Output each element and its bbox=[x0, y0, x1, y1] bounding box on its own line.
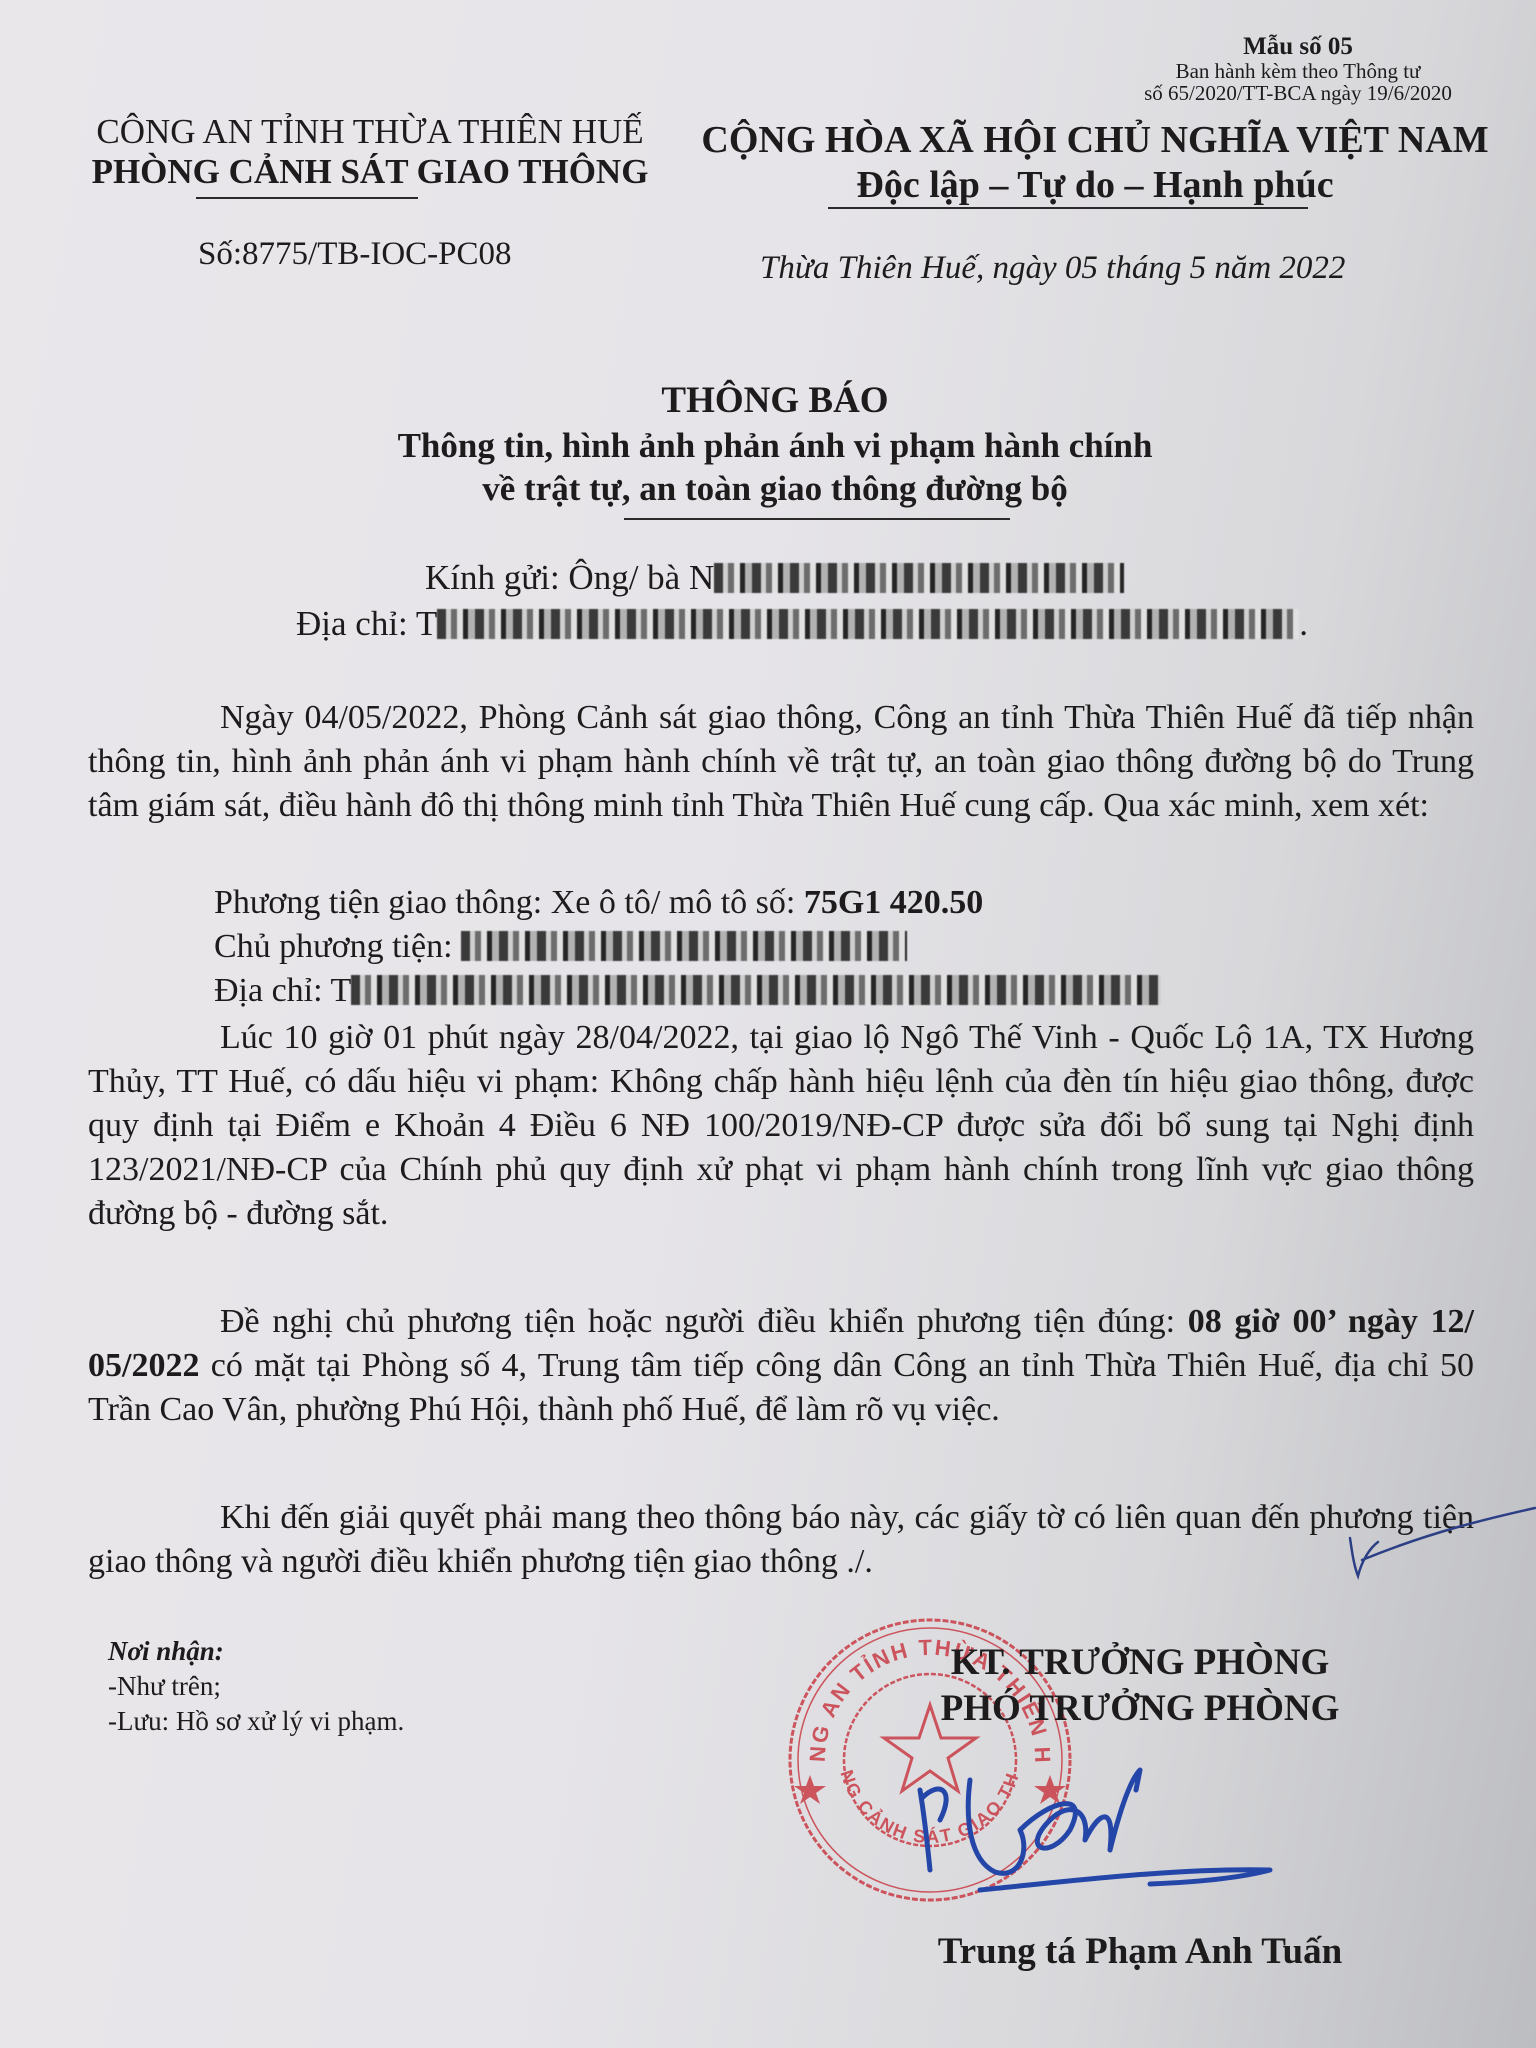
redacted-address bbox=[437, 609, 1299, 639]
document-number: Số:8775/TB-IOC-PC08 bbox=[198, 236, 512, 273]
redacted-owner-address bbox=[351, 975, 1161, 1005]
intro-paragraph: Ngày 04/05/2022, Phòng Cảnh sát giao thô… bbox=[88, 696, 1474, 828]
distribution-list: Nơi nhận: -Như trên; -Lưu: Hồ sơ xử lý v… bbox=[108, 1634, 404, 1739]
agency-header: CÔNG AN TỈNH THỪA THIÊN HUẾ PHÒNG CẢNH S… bbox=[60, 112, 680, 193]
country-name: CỘNG HÒA XÃ HỘI CHỦ NGHĨA VIỆT NAM bbox=[700, 118, 1490, 163]
document-title: THÔNG BÁO Thông tin, hình ảnh phản ánh v… bbox=[300, 378, 1250, 511]
vehicle-label: Phương tiện giao thông: Xe ô tô/ mô tô s… bbox=[214, 884, 804, 921]
dateline: Thừa Thiên Huế, ngày 05 tháng 5 năm 2022 bbox=[760, 250, 1345, 287]
redacted-owner bbox=[461, 931, 907, 961]
handwritten-signature-icon bbox=[900, 1760, 1280, 1900]
license-plate: 75G1 420.50 bbox=[804, 884, 983, 921]
closing-paragraph: Khi đến giải quyết phải mang theo thông … bbox=[88, 1496, 1474, 1584]
recipient-salutation: Kính gửi: Ông/ bà N bbox=[425, 558, 1124, 598]
issuing-unit: PHÒNG CẢNH SÁT GIAO THÔNG bbox=[60, 152, 680, 192]
owner-address-line: Địa chỉ: T bbox=[214, 972, 1161, 1010]
parent-agency: CÔNG AN TỈNH THỪA THIÊN HUẾ bbox=[60, 112, 680, 152]
national-motto: Độc lập – Tự do – Hạnh phúc bbox=[700, 163, 1490, 208]
vehicle-line: Phương tiện giao thông: Xe ô tô/ mô tô s… bbox=[214, 884, 983, 922]
form-issued-line-1: Ban hành kèm theo Thông tư bbox=[1118, 60, 1478, 82]
owner-address-label: Địa chỉ: T bbox=[214, 972, 351, 1009]
address-label: Địa chỉ: T bbox=[296, 604, 437, 643]
title-subtitle-1: Thông tin, hình ảnh phản ánh vi phạm hàn… bbox=[300, 424, 1250, 467]
redacted-name bbox=[714, 563, 1124, 593]
form-number: Mẫu số 05 bbox=[1118, 34, 1478, 60]
title-heading: THÔNG BÁO bbox=[300, 378, 1250, 424]
title-underline bbox=[624, 518, 1010, 520]
owner-line: Chủ phương tiện: bbox=[214, 928, 907, 966]
salutation-label: Kính gửi: Ông/ bà N bbox=[425, 558, 714, 597]
violation-paragraph: Lúc 10 giờ 01 phút ngày 28/04/2022, tại … bbox=[88, 1016, 1474, 1236]
distribution-item: -Như trên; bbox=[108, 1669, 404, 1704]
form-reference: Mẫu số 05 Ban hành kèm theo Thông tư số … bbox=[1118, 34, 1478, 104]
agency-underline bbox=[196, 197, 418, 199]
recipient-address: Địa chỉ: T. bbox=[296, 604, 1308, 644]
signer-name: Trung tá Phạm Anh Tuấn bbox=[860, 1930, 1420, 1973]
form-issued-line-2: số 65/2020/TT-BCA ngày 19/6/2020 bbox=[1118, 82, 1478, 104]
signature-title-line-2: PHÓ TRƯỞNG PHÒNG bbox=[860, 1686, 1420, 1732]
distribution-heading: Nơi nhận: bbox=[108, 1634, 404, 1669]
title-subtitle-2: về trật tự, an toàn giao thông đường bộ bbox=[300, 467, 1250, 510]
request-paragraph: Đề nghị chủ phương tiện hoặc người điều … bbox=[88, 1300, 1474, 1432]
owner-label: Chủ phương tiện: bbox=[214, 928, 461, 965]
handwritten-check-icon bbox=[1340, 1490, 1536, 1580]
signature-title: KT. TRƯỞNG PHÒNG PHÓ TRƯỞNG PHÒNG bbox=[860, 1640, 1420, 1733]
national-header: CỘNG HÒA XÃ HỘI CHỦ NGHĨA VIỆT NAM Độc l… bbox=[700, 118, 1490, 208]
motto-underline bbox=[828, 207, 1308, 209]
distribution-item: -Lưu: Hồ sơ xử lý vi phạm. bbox=[108, 1704, 404, 1739]
signature-title-line-1: KT. TRƯỞNG PHÒNG bbox=[860, 1640, 1420, 1686]
